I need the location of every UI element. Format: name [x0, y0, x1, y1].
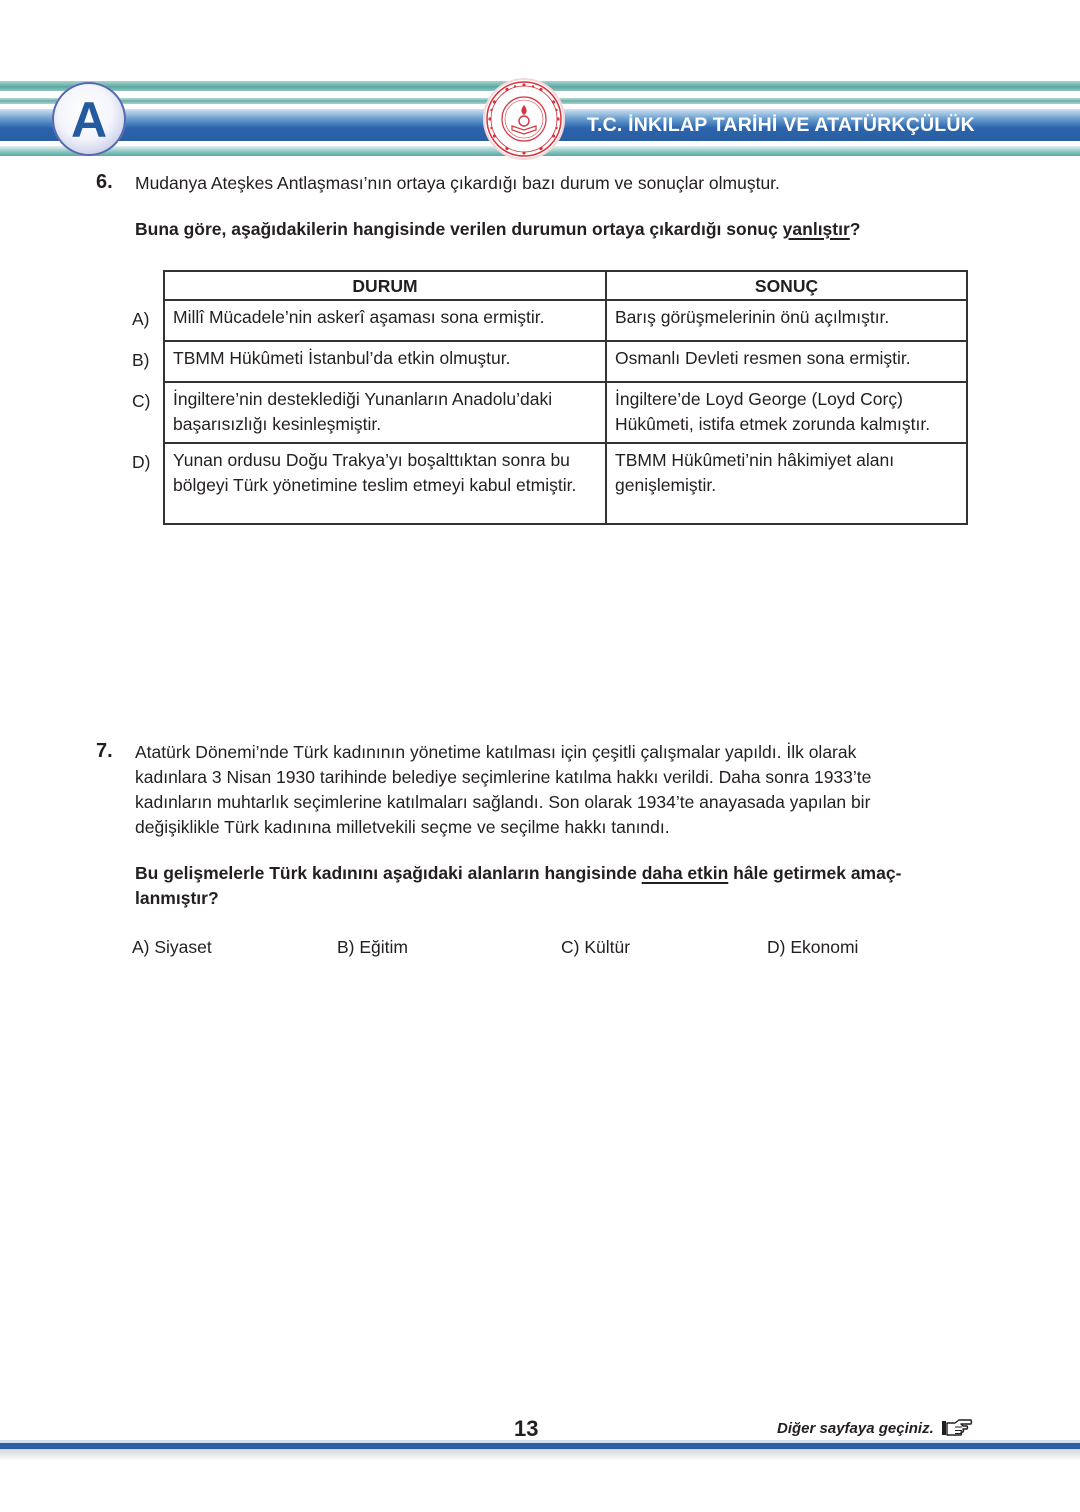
choice-a[interactable]: A) Siyaset [132, 937, 212, 958]
emphasis-underline: daha etkin [642, 863, 729, 883]
page-number: 13 [514, 1416, 538, 1442]
question-6-stem: Mudanya Ateşkes Antlaşması’nın ortaya çı… [135, 171, 780, 196]
durum-cell: Yunan ordusu Doğu Trakya’yı boşalttıktan… [164, 443, 606, 524]
table-header-row: DURUM SONUÇ [164, 271, 967, 300]
sonuc-cell: İngiltere’de Loyd George (Loyd Corç) Hük… [606, 382, 967, 443]
sonuc-cell: Barış görüşmelerinin önü açılmıştır. [606, 300, 967, 341]
sonuc-cell: Osmanlı Devleti resmen sona ermiştir. [606, 341, 967, 382]
option-label-a[interactable]: A) [132, 309, 150, 330]
question-6-prompt: Buna göre, aşağıdakilerin hangisinde ver… [135, 217, 861, 242]
subject-title: T.C. İNKILAP TARİHİ VE ATATÜRKÇÜLÜK [587, 114, 975, 137]
column-header-sonuc: SONUÇ [606, 271, 967, 300]
booklet-letter: A [71, 95, 107, 145]
meb-seal-icon [483, 78, 565, 160]
option-label-c[interactable]: C) [132, 391, 150, 412]
column-header-durum: DURUM [164, 271, 606, 300]
pointing-hand-icon [941, 1418, 973, 1438]
page-header: A T.C. İNKILAP TARİHİ VE ATATÜRKÇÜLÜK [0, 78, 1080, 162]
table-row: Millî Mücadele’nin askerî aşaması sona e… [164, 300, 967, 341]
choice-b[interactable]: B) Eğitim [337, 937, 408, 958]
sonuc-cell: TBMM Hükûmeti’nin hâkimiyet alanı genişl… [606, 443, 967, 524]
question-6-number: 6. [96, 171, 113, 194]
footer-shadow [0, 1449, 1080, 1461]
table-row: İngiltere’nin desteklediği Yunanların An… [164, 382, 967, 443]
option-label-d[interactable]: D) [132, 452, 150, 473]
booklet-type-badge: A [52, 82, 126, 156]
durum-cell: TBMM Hükûmeti İstanbul’da etkin olmuştur… [164, 341, 606, 382]
choice-c[interactable]: C) Kültür [561, 937, 630, 958]
next-page-hint: Diğer sayfaya geçiniz. [777, 1420, 934, 1437]
durum-sonuc-table: DURUM SONUÇ Millî Mücadele’nin askerî aş… [163, 270, 968, 525]
table-row: TBMM Hükûmeti İstanbul’da etkin olmuştur… [164, 341, 967, 382]
option-label-b[interactable]: B) [132, 350, 150, 371]
emphasis-underline: yanlıştır [783, 219, 850, 239]
question-7-stem: Atatürk Dönemi’nde Türk kadınının yöneti… [135, 740, 871, 840]
durum-cell: İngiltere’nin desteklediği Yunanların An… [164, 382, 606, 443]
durum-cell: Millî Mücadele’nin askerî aşaması sona e… [164, 300, 606, 341]
question-7-number: 7. [96, 740, 113, 763]
choice-d[interactable]: D) Ekonomi [767, 937, 858, 958]
question-7-prompt: Bu gelişmelerle Türk kadınını aşağıdaki … [135, 861, 901, 911]
table-row: Yunan ordusu Doğu Trakya’yı boşalttıktan… [164, 443, 967, 524]
